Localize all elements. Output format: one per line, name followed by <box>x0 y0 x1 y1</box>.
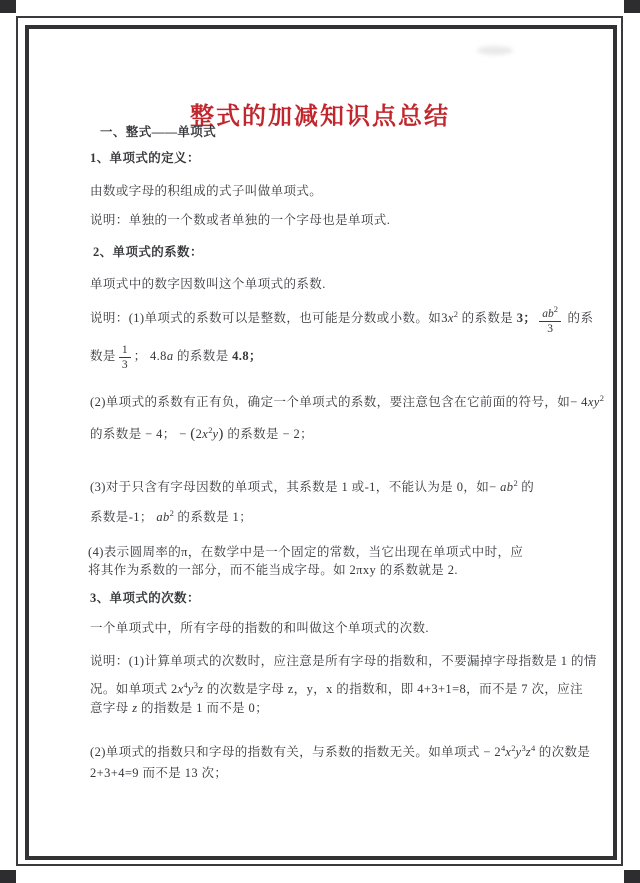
section-heading-1: 一、整式——单项式 <box>100 124 216 141</box>
text-run: 的系数是 1； <box>174 510 252 524</box>
fraction-numerator: ab2 <box>539 303 561 322</box>
scan-corner-mark-top-right <box>624 0 640 13</box>
math-term: − 2 <box>282 427 300 441</box>
math-term: − <box>489 480 500 494</box>
math-term: 2 <box>171 682 178 696</box>
scan-corner-mark-bottom-right <box>624 870 640 883</box>
s2-note3-line2: 系数是-1； ab2 的系数是 1； <box>90 505 252 526</box>
math-variable: xy <box>588 395 600 409</box>
math-term: 3 <box>441 311 448 325</box>
s2-note1-line1: 说明：(1)单项式的系数可以是整数，也可能是分数或小数。如3x2 的系数是 3；… <box>90 296 593 336</box>
text-run: (2)单项式的系数有正有负，确定一个单项式的系数，要注意包含在它前面的符号，如 <box>90 395 570 409</box>
value-bold: 3； <box>517 311 537 325</box>
s3-note2-line1: (2)单项式的指数只和字母的指数有关，与系数的指数无关。如单项式 − 24x2y… <box>90 740 590 761</box>
text-run: 数是 <box>90 349 116 363</box>
s2-note3-line1: (3)对于只含有字母因数的单项式，其系数是 1 或-1，不能认为是 0，如− a… <box>90 475 534 496</box>
s3-note2-line2: 2+3+4=9 而不是 13 次； <box>90 765 227 782</box>
text-run: 的次数是 <box>535 745 590 759</box>
text-run: 系数是-1； <box>90 510 156 524</box>
s3-note1-line2: 况。如单项式 2x4y3z 的次数是字母 z，y，x 的指数和，即 4+3+1=… <box>90 677 583 698</box>
text-run: ； <box>300 427 313 441</box>
fraction-denominator: 3 <box>119 358 131 371</box>
math-variable: ab <box>500 480 513 494</box>
text-run: 的 <box>518 480 534 494</box>
s3-note1-line3: 意字母 z 的指数是 1 而不是 0； <box>90 700 268 717</box>
s3-note1-line1: 说明：(1)计算单项式的次数时，应注意是所有字母的指数和，不要漏掉字母指数是 1… <box>90 653 597 670</box>
s2-note1-line2: 数是13； 4.8a 的系数是 4.8； <box>90 338 262 374</box>
scan-artifact-smudge <box>477 46 513 55</box>
fraction: ab23 <box>539 303 561 335</box>
s2-note4-line1: (4)表示圆周率的π，在数学中是一个固定的常数，当它出现在单项式中时，应 <box>88 544 523 561</box>
scanned-document-page: 整式的加减知识点总结 一、整式——单项式 1、单项式的定义： 由数或字母的积组成… <box>0 0 640 883</box>
text-run: 说明：(1)单项式的系数可以是整数，也可能是分数或小数。如 <box>90 311 441 325</box>
text-run: 的系数是 <box>90 427 145 441</box>
s1-definition: 由数或字母的积组成的式子叫做单项式。 <box>90 183 322 200</box>
math-term: 4.8 <box>150 349 167 363</box>
text-run: 的次数是字母 z，y，x 的指数和，即 4+3+1=8，而不是 7 次，应注 <box>203 682 583 696</box>
exponent: 2 <box>600 393 604 403</box>
exponent: 2 <box>554 304 558 314</box>
document-title: 整式的加减知识点总结 <box>0 96 640 131</box>
math-term: − 4 <box>570 395 588 409</box>
s2-definition: 单项式中的数字因数叫这个单项式的系数. <box>90 276 326 293</box>
text-run: 意字母 <box>90 701 132 715</box>
fraction-numerator: 1 <box>119 344 131 358</box>
s3-definition: 一个单项式中，所有字母的指数的和叫做这个单项式的次数. <box>90 620 429 637</box>
s2-heading: 2、单项式的系数： <box>93 244 203 261</box>
s2-note2-line2: 的系数是 − 4； − (2x2y) 的系数是 − 2； <box>90 422 313 443</box>
value-bold: 4.8； <box>232 349 262 363</box>
text-run: (2)单项式的指数只和字母的指数有关，与系数的指数无关。如单项式 <box>90 745 483 759</box>
math-term: − 4 <box>145 427 163 441</box>
text-run: 的指数是 1 而不是 0； <box>138 701 269 715</box>
text-run: 的系数是 <box>224 427 283 441</box>
s2-note4-line2: 将其作为系数的一部分，而不能当成字母。如 2πxy 的系数就是 2. <box>88 562 458 579</box>
text-run: 的系数是 <box>458 311 517 325</box>
text-run: ； <box>163 427 179 441</box>
scan-corner-mark-top-left <box>0 0 16 13</box>
scan-corner-mark-bottom-left <box>0 870 16 883</box>
fraction-denominator: 3 <box>539 322 561 335</box>
math-variable: ab <box>156 510 169 524</box>
text-run: 的系数是 <box>173 349 232 363</box>
text-run: 况。如单项式 <box>90 682 171 696</box>
math-term: − <box>179 427 190 441</box>
s3-heading: 3、单项式的次数： <box>90 590 200 607</box>
text-run: (3)对于只含有字母因数的单项式，其系数是 1 或-1，不能认为是 0，如 <box>90 480 489 494</box>
s2-note2-line1: (2)单项式的系数有正有负，确定一个单项式的系数，要注意包含在它前面的符号，如−… <box>90 390 604 411</box>
text-run: 的系 <box>564 311 593 325</box>
s1-heading: 1、单项式的定义： <box>90 150 200 167</box>
s1-note: 说明：单独的一个数或者单独的一个字母也是单项式. <box>90 212 390 229</box>
text-run: ； <box>134 349 150 363</box>
math-term: − 2 <box>483 745 501 759</box>
fraction: 13 <box>119 344 131 371</box>
